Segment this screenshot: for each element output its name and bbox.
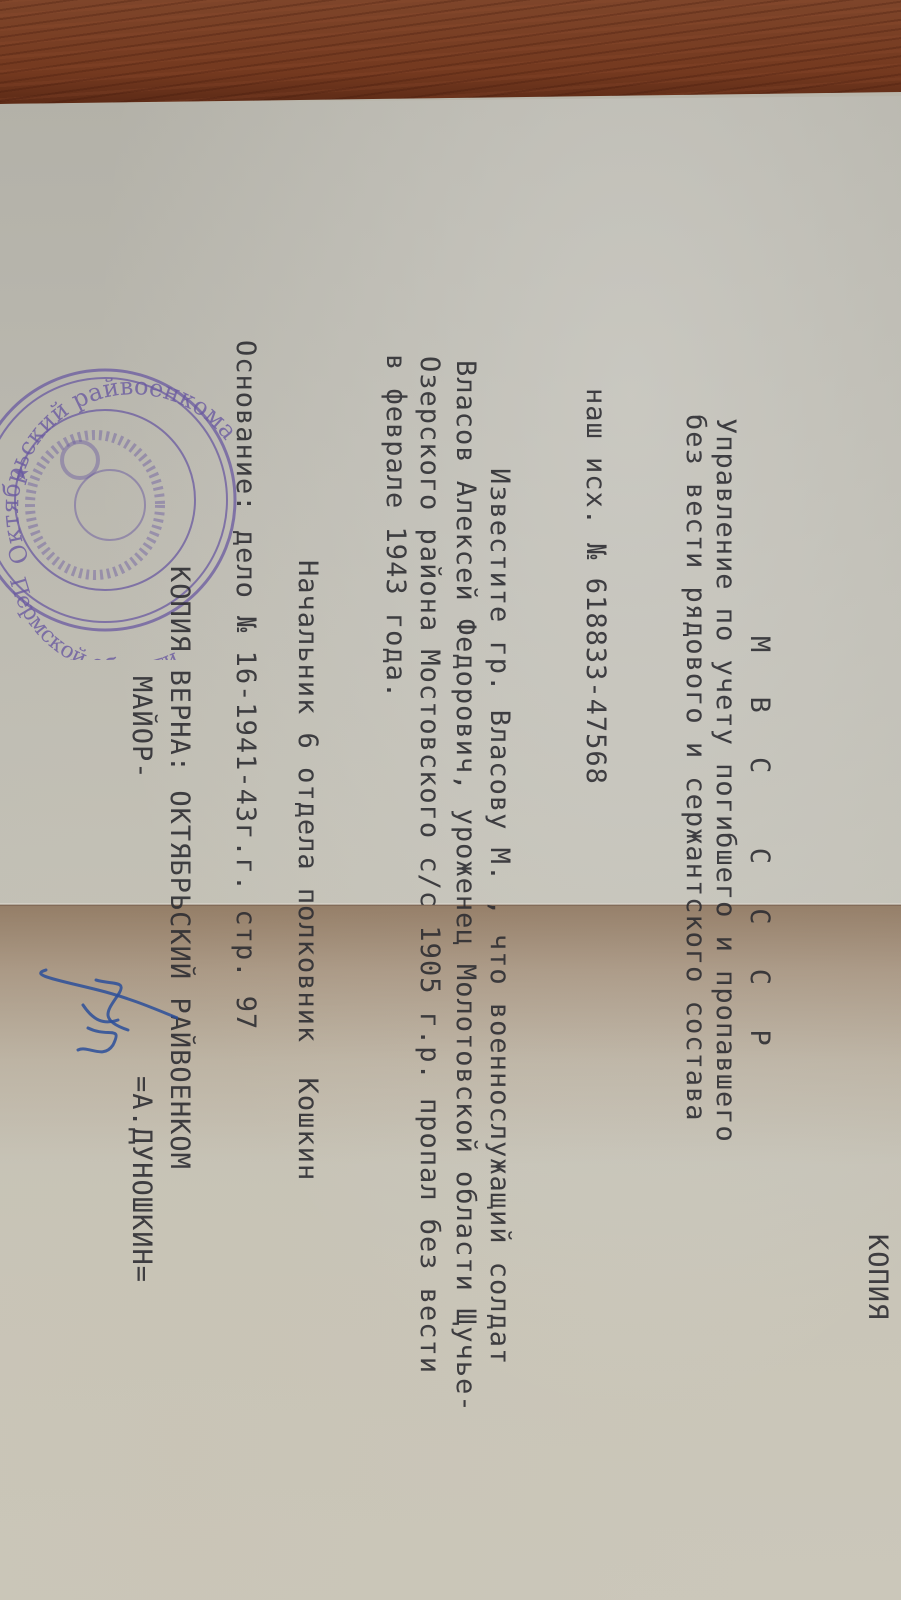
- wooden-table-background: [0, 0, 901, 104]
- rank-line: МАЙОР-: [126, 676, 157, 780]
- reference-number: наш исх. № 618833-47568: [580, 388, 611, 785]
- certified-copy-line: КОПИЯ ВЕРНА: ОКТЯБРЬСКИЙ РАЙВОЕНКОМ: [164, 566, 195, 1170]
- typed-document: КОПИЯ М В С С С С Р Управление по учету …: [0, 96, 901, 1596]
- org-heading: М В С С С С Р: [744, 636, 775, 1060]
- signer-name: =А.ДУНОШКИН=: [126, 1076, 157, 1283]
- department-line-2: без вести рядового и сержантского состав…: [680, 414, 711, 1121]
- copy-mark: КОПИЯ: [862, 1234, 893, 1320]
- handwritten-signature: [18, 950, 178, 1060]
- body-line-4: в феврале 1943 года.: [380, 354, 411, 699]
- chief-signature-line: Начальник 6 отдела полковник Кошкин: [292, 560, 323, 1181]
- department-line-1: Управление по учету погибшего и пропавше…: [710, 418, 741, 1143]
- body-line-2: Власов Алексей Федорович, уроженец Молот…: [450, 360, 481, 1413]
- body-line-1: Известите гр. Власову М. , что военнослу…: [484, 468, 515, 1365]
- body-line-3: Озерского района Мостовского с/с 1905 г.…: [414, 356, 445, 1374]
- basis-line: Основание: дело № 16-1941-43г.г. стр. 97: [230, 340, 261, 1030]
